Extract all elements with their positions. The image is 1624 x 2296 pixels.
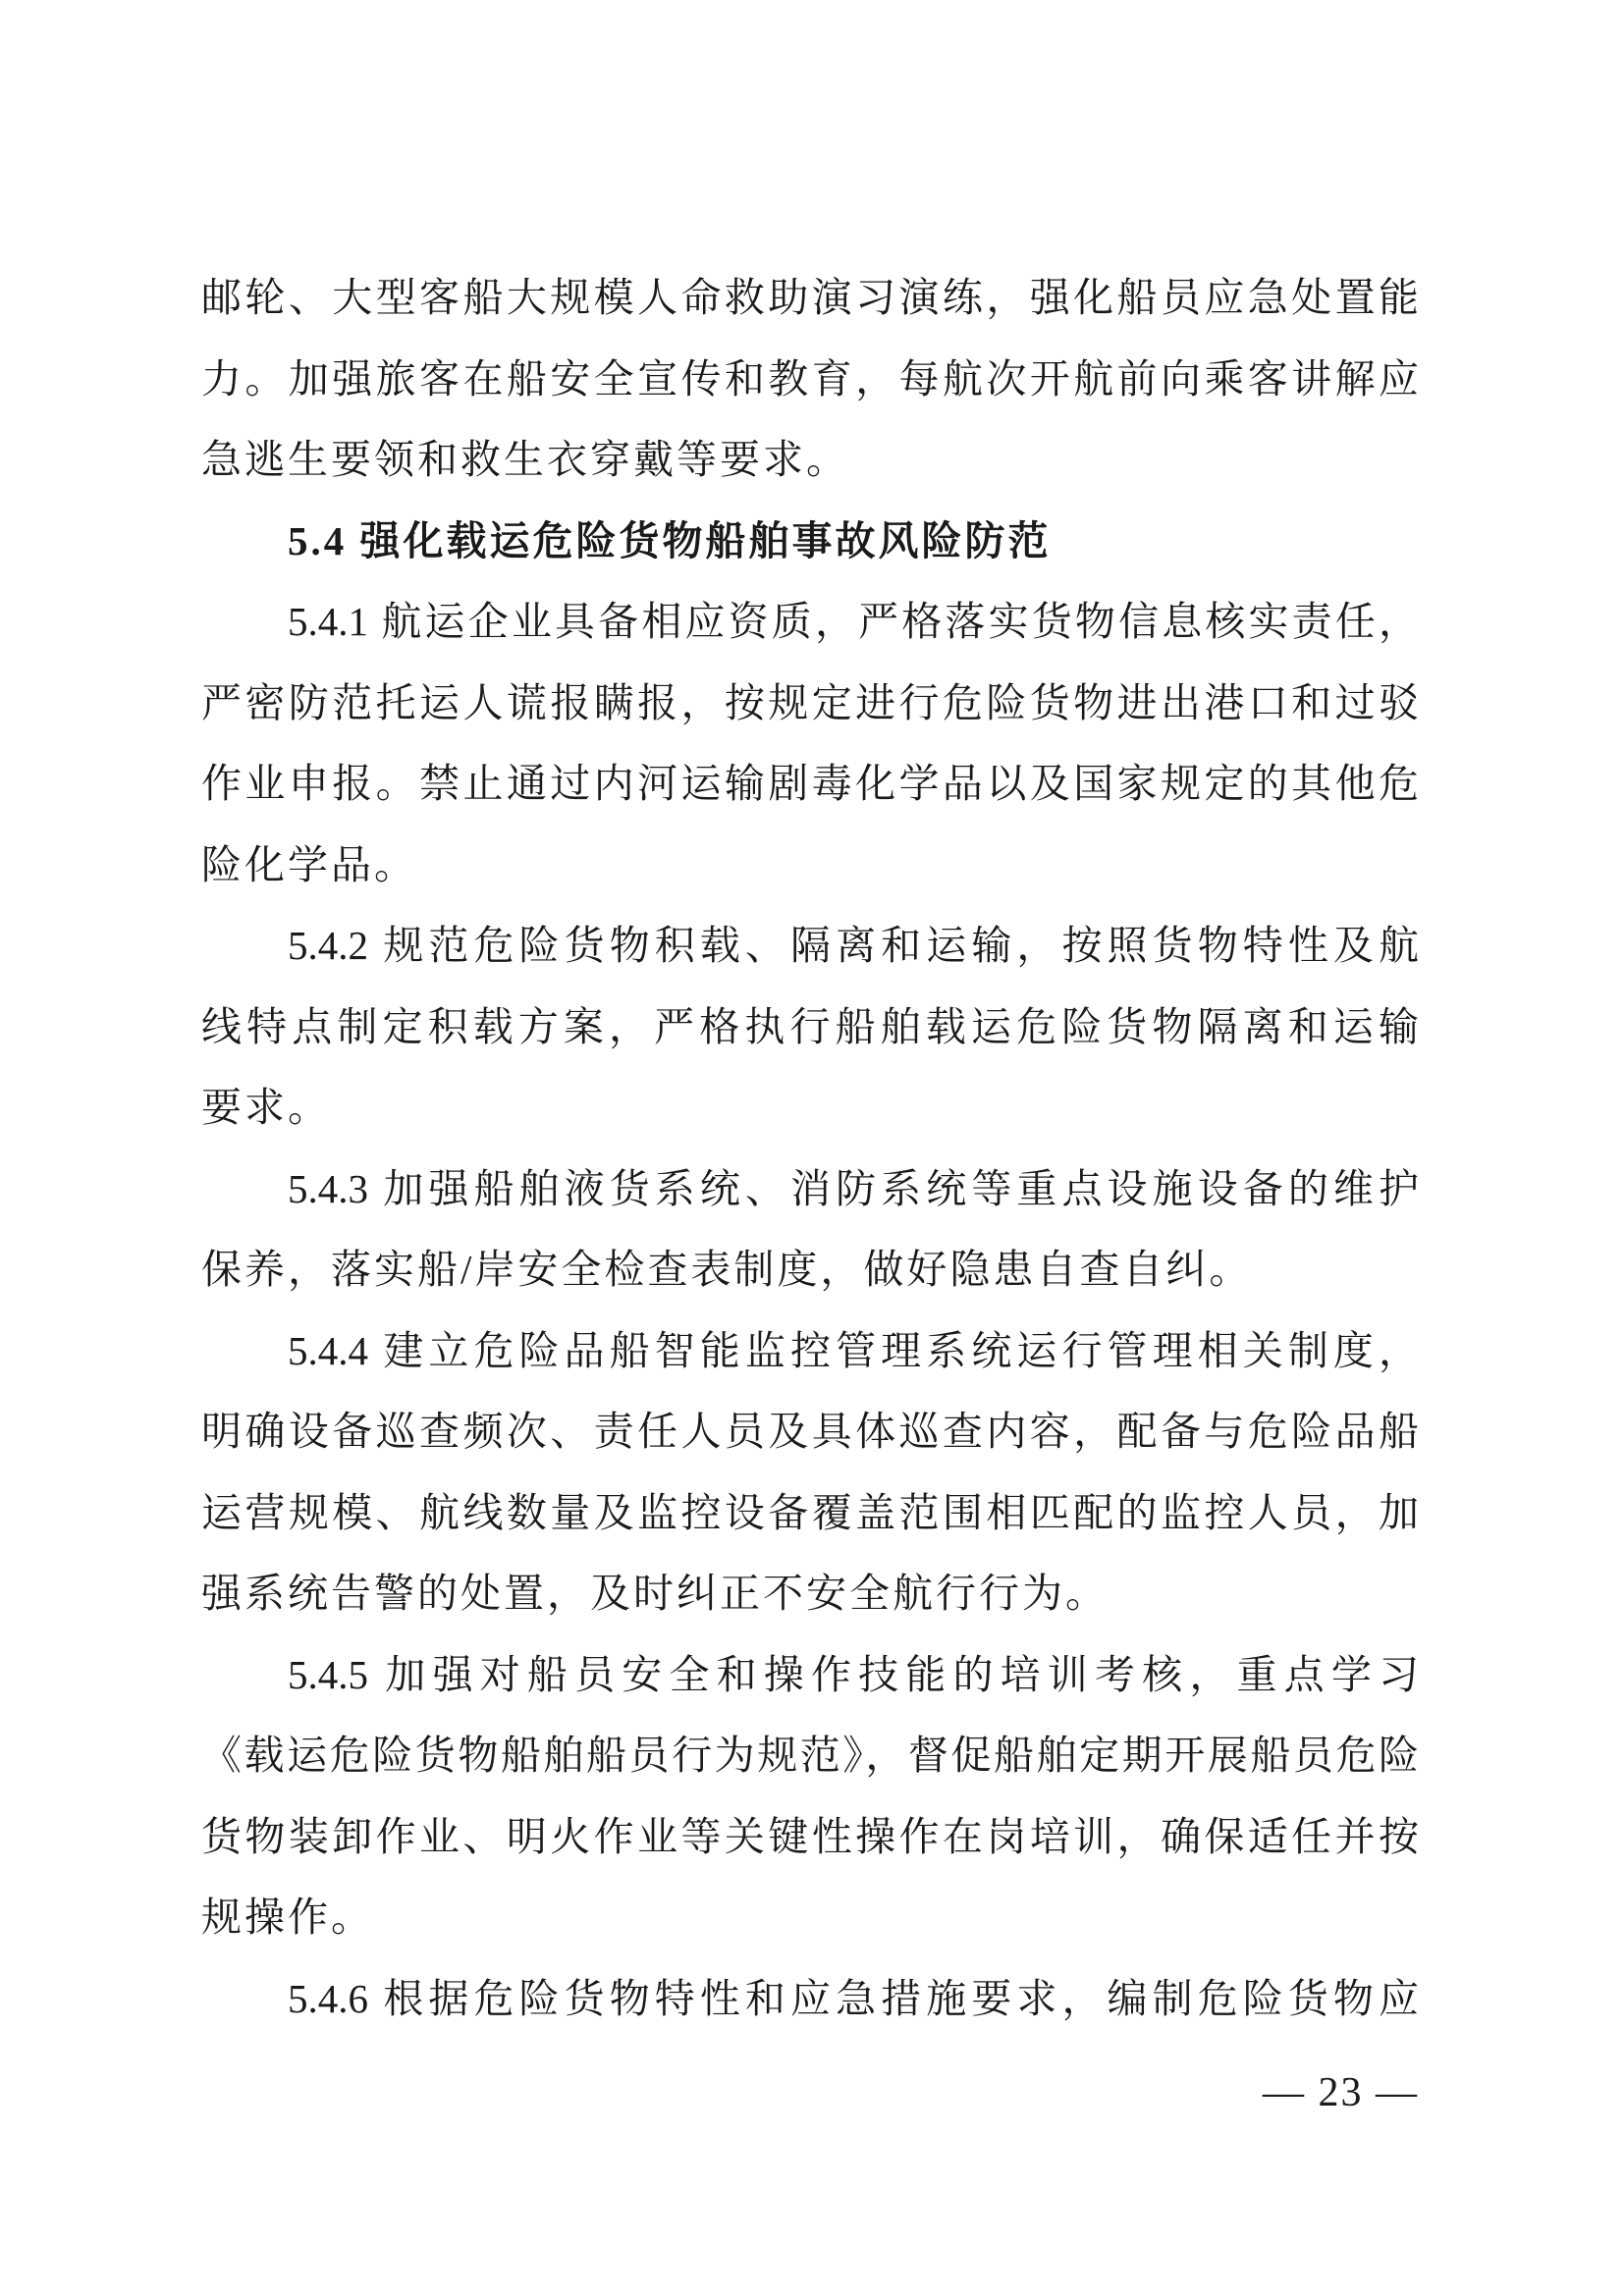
text-line: 要求。 — [201, 1067, 1419, 1148]
text-line: 急逃生要领和救生衣穿戴等要求。 — [201, 419, 1419, 501]
text-line: 保养，落实船/岸安全检查表制度，做好隐患自查自纠。 — [201, 1229, 1419, 1310]
text-line: 5.4.6 根据危险货物特性和应急措施要求，编制危险货物应 — [201, 1958, 1419, 2040]
text-line: 力。加强旅客在船安全宣传和教育，每航次开航前向乘客讲解应 — [201, 339, 1419, 420]
section-heading-line: 5.4 强化载运危险货物船舶事故风险防范 — [201, 501, 1419, 582]
text-line: 5.4.1 航运企业具备相应资质，严格落实货物信息核实责任， — [201, 581, 1419, 663]
text-line: 规操作。 — [201, 1877, 1419, 1958]
text-line: 5.4.5 加强对船员安全和操作技能的培训考核，重点学习 — [201, 1634, 1419, 1716]
text-line: 货物装卸作业、明火作业等关键性操作在岗培训，确保适任并按 — [201, 1796, 1419, 1878]
text-line: 严密防范托运人谎报瞒报，按规定进行危险货物进出港口和过驳 — [201, 663, 1419, 744]
text-line: 邮轮、大型客船大规模人命救助演习演练，强化船员应急处置能 — [201, 257, 1419, 339]
text-line: 险化学品。 — [201, 825, 1419, 906]
page-number: — 23 — — [1263, 2064, 1419, 2121]
text-line: 《载运危险货物船舶船员行为规范》，督促船舶定期开展船员危险 — [201, 1715, 1419, 1796]
text-line: 强系统告警的处置，及时纠正不安全航行行为。 — [201, 1553, 1419, 1634]
text-line: 5.4.2 规范危险货物积载、隔离和运输，按照货物特性及航 — [201, 905, 1419, 987]
text-line: 线特点制定积载方案，严格执行船舶载运危险货物隔离和运输 — [201, 987, 1419, 1068]
text-line: 作业申报。禁止通过内河运输剧毒化学品以及国家规定的其他危 — [201, 743, 1419, 825]
text-line: 5.4.4 建立危险品船智能监控管理系统运行管理相关制度， — [201, 1310, 1419, 1392]
text-line: 明确设备巡查频次、责任人员及具体巡查内容，配备与危险品船 — [201, 1391, 1419, 1472]
text-line: 5.4.3 加强船舶液货系统、消防系统等重点设施设备的维护 — [201, 1148, 1419, 1230]
document-page: 邮轮、大型客船大规模人命救助演习演练，强化船员应急处置能力。加强旅客在船安全宣传… — [0, 0, 1624, 2296]
text-line: 运营规模、航线数量及监控设备覆盖范围相匹配的监控人员，加 — [201, 1472, 1419, 1554]
document-body: 邮轮、大型客船大规模人命救助演习演练，强化船员应急处置能力。加强旅客在船安全宣传… — [201, 257, 1419, 2039]
